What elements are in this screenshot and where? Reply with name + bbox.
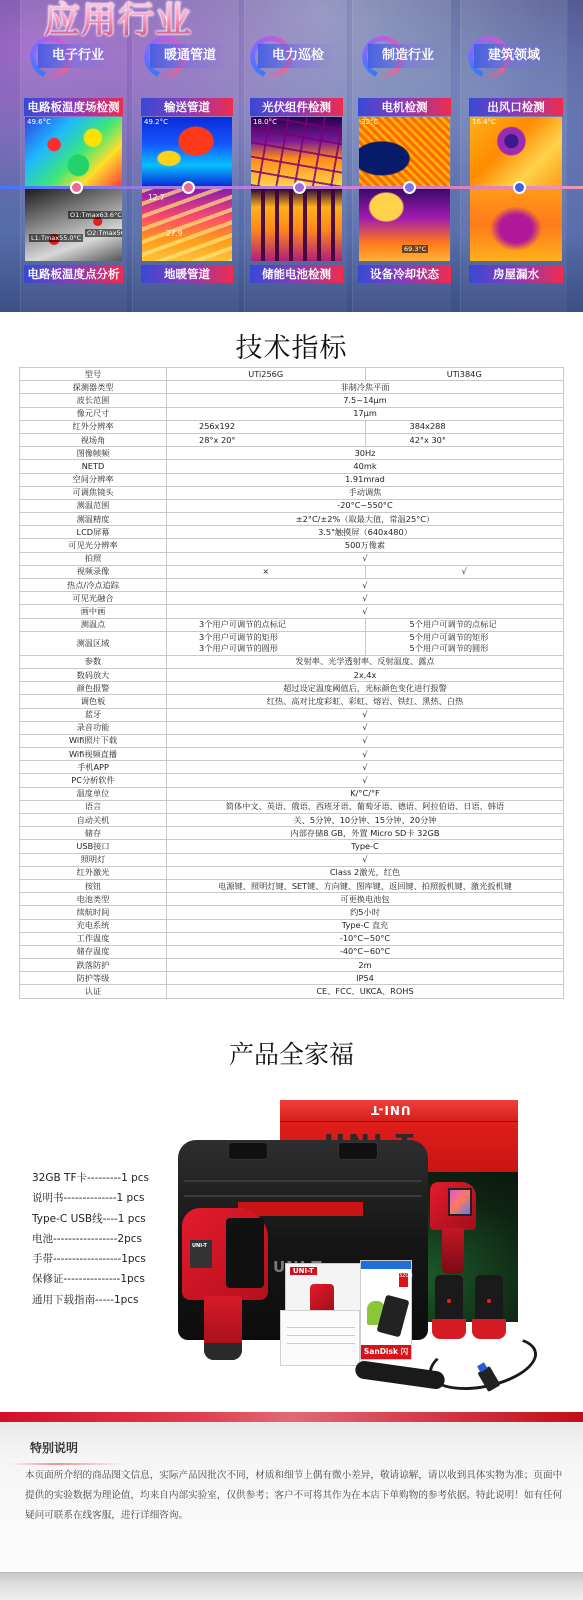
spec-label: 像元尺寸 bbox=[20, 407, 167, 420]
spec-label: 充电系统 bbox=[20, 919, 167, 932]
spec-label: 照明灯 bbox=[20, 853, 167, 866]
spec-value: 超过设定温度阈值后，光标颜色变化进行报警 bbox=[167, 682, 564, 695]
spec-value: 30Hz bbox=[167, 447, 564, 460]
special-notice: 特别说明 本页面所介绍的商品图文信息，实际产品因批次不同，材质和细节上偶有微小差… bbox=[0, 1422, 583, 1572]
spec-value: -10°C~50°C bbox=[167, 932, 564, 945]
case-title: 电机检测 bbox=[358, 98, 451, 116]
spec-label: LCD屏幕 bbox=[20, 526, 167, 539]
spec-value-model-1: 3个用户可调节的点标记 bbox=[167, 618, 366, 631]
spec-value: 发射率、光学透射率、反射温度、露点 bbox=[167, 655, 564, 668]
table-row: 测温点3个用户可调节的点标记5个用户可调节的点标记 bbox=[20, 618, 564, 631]
spec-label: 按钮 bbox=[20, 879, 167, 892]
table-row: 测温精度±2°C/±2%（取最大值，常温25°C） bbox=[20, 513, 564, 526]
box-logo: UNI-T bbox=[370, 1103, 411, 1117]
timeline-dot bbox=[293, 181, 306, 194]
case-title: 储能电池检测 bbox=[250, 265, 343, 283]
spec-value: √ bbox=[167, 552, 564, 565]
spec-label: 认证 bbox=[20, 985, 167, 998]
spec-value: 2x,4x bbox=[167, 668, 564, 681]
spec-value-model-2: √ bbox=[365, 565, 564, 578]
table-row: LCD屏幕3.5"触摸屏（640x480） bbox=[20, 526, 564, 539]
table-row: 视场角28°x 20°42°x 30° bbox=[20, 433, 564, 446]
spec-value-line: 3个用户可调节的圆形 bbox=[199, 643, 363, 654]
accessory-item: 通用下载指南-----1pcs bbox=[32, 1290, 149, 1310]
spec-label: 自动关机 bbox=[20, 814, 167, 827]
spec-value: √ bbox=[167, 853, 564, 866]
spec-label: 调色板 bbox=[20, 695, 167, 708]
spec-label: 参数 bbox=[20, 655, 167, 668]
thermal-image-circuit-points: O1:Tmax63.6°C O2:Tmax56.1 L1:Tmax55.0°C bbox=[25, 189, 122, 261]
table-row: 照明灯√ bbox=[20, 853, 564, 866]
table-row: 数码放大2x,4x bbox=[20, 668, 564, 681]
spec-value: √ bbox=[167, 605, 564, 618]
spec-label: 红外分辨率 bbox=[20, 420, 167, 433]
spec-value: CE、FCC、UKCA、ROHS bbox=[167, 985, 564, 998]
table-row: Wifi视频直播√ bbox=[20, 748, 564, 761]
spec-label: 波长范围 bbox=[20, 394, 167, 407]
spec-value-model-2: 384x288 bbox=[365, 420, 564, 433]
case-title: 房屋漏水 bbox=[469, 265, 563, 283]
case-title: 输送管道 bbox=[141, 98, 233, 116]
spec-value-model-1: 28°x 20° bbox=[167, 433, 366, 446]
spec-value-model-1: × bbox=[167, 565, 366, 578]
spec-value-line: 3个用户可调节的矩形 bbox=[199, 632, 363, 643]
spec-value: Type-C 直充 bbox=[167, 919, 564, 932]
case-title: 地暖管道 bbox=[141, 265, 233, 283]
spec-label: 储存温度 bbox=[20, 945, 167, 958]
spec-label: 颜色报警 bbox=[20, 682, 167, 695]
spec-value: √ bbox=[167, 761, 564, 774]
sd-card-package: 32GB SanDisk 闪迪 bbox=[360, 1260, 412, 1360]
accessory-item: 保修证---------------1pcs bbox=[32, 1269, 149, 1289]
spec-label: 视频录像 bbox=[20, 565, 167, 578]
table-row: 红外激光Class 2激光，红色 bbox=[20, 866, 564, 879]
table-row: 可调焦镜头手动调焦 bbox=[20, 486, 564, 499]
spec-value-line: 5个用户可调节的矩形 bbox=[410, 632, 562, 643]
spec-value-model-1: 3个用户可调节的矩形3个用户可调节的圆形 bbox=[167, 631, 366, 655]
spec-label: 防护等级 bbox=[20, 972, 167, 985]
footer-shadow bbox=[0, 1572, 583, 1600]
spec-label: 语言 bbox=[20, 800, 167, 813]
spec-label: NETD bbox=[20, 460, 167, 473]
table-row: 波长范围7.5~14μm bbox=[20, 394, 564, 407]
table-row: 录音功能√ bbox=[20, 721, 564, 734]
spec-value: √ bbox=[167, 748, 564, 761]
table-row: 工作温度-10°C~50°C bbox=[20, 932, 564, 945]
spec-label: 红外激光 bbox=[20, 866, 167, 879]
spec-label: 电池类型 bbox=[20, 893, 167, 906]
table-row: 视频录像×√ bbox=[20, 565, 564, 578]
spec-value: 7.5~14μm bbox=[167, 394, 564, 407]
spec-label: Wifi视频直播 bbox=[20, 748, 167, 761]
table-row: 蓝牙√ bbox=[20, 708, 564, 721]
spec-label: 数码放大 bbox=[20, 668, 167, 681]
spec-value: 3.5"触摸屏（640x480） bbox=[167, 526, 564, 539]
spec-label: 可见光融合 bbox=[20, 592, 167, 605]
divider-band bbox=[0, 1412, 583, 1422]
spec-value: 手动调焦 bbox=[167, 486, 564, 499]
spec-label: 测温范围 bbox=[20, 499, 167, 512]
spec-value: 电源键、照明灯键、SET键、方向键、图库键、返回键、拍照扳机键、激光扳机键 bbox=[167, 879, 564, 892]
thermal-camera-main: UNI-T bbox=[182, 1208, 270, 1360]
spec-value: √ bbox=[167, 721, 564, 734]
table-row: 参数发射率、光学透射率、反射温度、露点 bbox=[20, 655, 564, 668]
table-row: 画中画√ bbox=[20, 605, 564, 618]
timeline-dot bbox=[70, 181, 83, 194]
spec-label: 储存 bbox=[20, 827, 167, 840]
spec-value: -40°C~60°C bbox=[167, 945, 564, 958]
table-row: 手机APP√ bbox=[20, 761, 564, 774]
case-title: 设备冷却状态 bbox=[358, 265, 451, 283]
spec-label: 测温区域 bbox=[20, 631, 167, 655]
spec-value: 1.91mrad bbox=[167, 473, 564, 486]
spec-value-model-2: 5个用户可调节的矩形5个用户可调节的圆形 bbox=[365, 631, 564, 655]
thermal-camera-small bbox=[430, 1182, 476, 1274]
spec-value: 500万像素 bbox=[167, 539, 564, 552]
spec-value-model-1: 256x192 bbox=[167, 420, 366, 433]
spec-label: 温度单位 bbox=[20, 787, 167, 800]
table-row: 探测器类型非制冷焦平面 bbox=[20, 381, 564, 394]
product-detail-page: 应用行业 电子行业 电路板温度场检测 49.6°C O1:Tmax63.6°C … bbox=[0, 0, 583, 1600]
table-row: 认证CE、FCC、UKCA、ROHS bbox=[20, 985, 564, 998]
table-row: 颜色报警超过设定温度阈值后，光标颜色变化进行报警 bbox=[20, 682, 564, 695]
thermal-image-solar: 18.0°C bbox=[251, 117, 342, 186]
notice-underline bbox=[10, 1463, 125, 1465]
spec-model-1: UTi256G bbox=[167, 368, 366, 381]
table-row: 储存温度-40°C~60°C bbox=[20, 945, 564, 958]
spec-label: 拍照 bbox=[20, 552, 167, 565]
spec-label: 续航时间 bbox=[20, 906, 167, 919]
spec-value: Type-C bbox=[167, 840, 564, 853]
spec-label: 探测器类型 bbox=[20, 381, 167, 394]
thermal-image-battery bbox=[251, 189, 342, 261]
case-title: 电路板温度点分析 bbox=[24, 265, 123, 283]
table-row: 自动关机关、5分钟、10分钟、15分钟、20分钟 bbox=[20, 814, 564, 827]
accessory-item: 说明书--------------1 pcs bbox=[32, 1188, 149, 1208]
thermal-image-leak bbox=[470, 189, 562, 261]
accessory-item: 32GB TF卡---------1 pcs bbox=[32, 1168, 149, 1188]
spec-value: IP54 bbox=[167, 972, 564, 985]
spec-value: 40mk bbox=[167, 460, 564, 473]
table-row: PC分析软件√ bbox=[20, 774, 564, 787]
spec-label: 蓝牙 bbox=[20, 708, 167, 721]
table-row: 像元尺寸17μm bbox=[20, 407, 564, 420]
thermal-image-motor: 32°C bbox=[359, 117, 450, 186]
table-row: 温度单位K/°C/°F bbox=[20, 787, 564, 800]
spec-value: K/°C/°F bbox=[167, 787, 564, 800]
battery-pack bbox=[432, 1275, 466, 1339]
table-row: 可见光融合√ bbox=[20, 592, 564, 605]
table-row: 测温范围-20°C~550°C bbox=[20, 499, 564, 512]
industry-label: 制造行业 bbox=[368, 44, 444, 68]
spec-value: 可更换电池包 bbox=[167, 893, 564, 906]
spec-label: 手机APP bbox=[20, 761, 167, 774]
thermal-image-circuit-board: 49.6°C bbox=[25, 117, 122, 186]
table-row: 电池类型可更换电池包 bbox=[20, 893, 564, 906]
thermal-image-floor-heating: 12.7 27.9 bbox=[142, 189, 232, 261]
spec-value: 关、5分钟、10分钟、15分钟、20分钟 bbox=[167, 814, 564, 827]
spec-value: ±2°C/±2%（取最大值，常温25°C） bbox=[167, 513, 564, 526]
spec-value: 红热、高对比度彩虹、彩虹、熔岩、铁红、黑热、白热 bbox=[167, 695, 564, 708]
spec-value: √ bbox=[167, 708, 564, 721]
spec-label: 可调焦镜头 bbox=[20, 486, 167, 499]
table-row: Wifi照片下载√ bbox=[20, 734, 564, 747]
table-row: 红外分辨率256x192384x288 bbox=[20, 420, 564, 433]
case-title: 电路板温度场检测 bbox=[24, 98, 123, 116]
spec-model-2: UTi384G bbox=[365, 368, 564, 381]
spec-section-title: 技术指标 bbox=[0, 326, 583, 365]
thermal-image-cooling: 69.3°C bbox=[359, 189, 450, 261]
spec-label: USB接口 bbox=[20, 840, 167, 853]
table-row: 热点/冷点追踪√ bbox=[20, 579, 564, 592]
spec-value-model-2: 42°x 30° bbox=[365, 433, 564, 446]
spec-value: 内部存储8 GB，外置 Micro SD卡 32GB bbox=[167, 827, 564, 840]
timeline-dot bbox=[403, 181, 416, 194]
spec-value: √ bbox=[167, 734, 564, 747]
accessory-list: 32GB TF卡---------1 pcs 说明书--------------… bbox=[32, 1168, 149, 1310]
spec-label: 画中画 bbox=[20, 605, 167, 618]
spec-label: 工作温度 bbox=[20, 932, 167, 945]
spec-value: √ bbox=[167, 579, 564, 592]
spec-value: 约5小时 bbox=[167, 906, 564, 919]
table-row: 跌落防护2m bbox=[20, 959, 564, 972]
table-row: 语言简体中文、英语、俄语、西班牙语、葡萄牙语、德语、阿拉伯语、日语、韩语 bbox=[20, 800, 564, 813]
spec-label: Wifi照片下载 bbox=[20, 734, 167, 747]
thermal-image-vent: 16.4°C bbox=[470, 117, 562, 186]
table-row: 按钮电源键、照明灯键、SET键、方向键、图库键、返回键、拍照扳机键、激光扳机键 bbox=[20, 879, 564, 892]
spec-label: 热点/冷点追踪 bbox=[20, 579, 167, 592]
spec-label: 测温精度 bbox=[20, 513, 167, 526]
spec-value: √ bbox=[167, 592, 564, 605]
spec-label: 型号 bbox=[20, 368, 167, 381]
spec-value-line: 5个用户可调节的圆形 bbox=[410, 643, 562, 654]
spec-label: 空间分辨率 bbox=[20, 473, 167, 486]
spec-value: -20°C~550°C bbox=[167, 499, 564, 512]
table-row: 调色板红热、高对比度彩虹、彩虹、熔岩、铁红、黑热、白热 bbox=[20, 695, 564, 708]
table-row: 防护等级IP54 bbox=[20, 972, 564, 985]
spec-label: 录音功能 bbox=[20, 721, 167, 734]
spec-value: 简体中文、英语、俄语、西班牙语、葡萄牙语、德语、阿拉伯语、日语、韩语 bbox=[167, 800, 564, 813]
table-row: 续航时间约5小时 bbox=[20, 906, 564, 919]
notice-body: 本页面所介绍的商品图文信息，实际产品因批次不同，材质和细节上偶有微小差异，敬请谅… bbox=[25, 1466, 565, 1526]
notice-title: 特别说明 bbox=[30, 1439, 78, 1456]
spec-value: 2m bbox=[167, 959, 564, 972]
industry-label: 建筑领域 bbox=[474, 44, 550, 68]
timeline-line bbox=[0, 186, 583, 189]
case-title: 出风口检测 bbox=[469, 98, 563, 116]
warranty-card bbox=[280, 1310, 360, 1366]
case-title: 光伏组件检测 bbox=[250, 98, 343, 116]
table-row: 充电系统Type-C 直充 bbox=[20, 919, 564, 932]
accessory-item: Type-C USB线----1 pcs bbox=[32, 1209, 149, 1229]
industry-label: 电子行业 bbox=[38, 44, 114, 68]
spec-value: 17μm bbox=[167, 407, 564, 420]
spec-value: Class 2激光，红色 bbox=[167, 866, 564, 879]
table-row: USB接口Type-C bbox=[20, 840, 564, 853]
spec-value-model-2: 5个用户可调节的点标记 bbox=[365, 618, 564, 631]
table-row: 可见光分辨率500万像素 bbox=[20, 539, 564, 552]
table-row: 测温区域3个用户可调节的矩形3个用户可调节的圆形5个用户可调节的矩形5个用户可调… bbox=[20, 631, 564, 655]
spec-label: 跌落防护 bbox=[20, 959, 167, 972]
timeline-dot bbox=[513, 181, 526, 194]
table-row: NETD40mk bbox=[20, 460, 564, 473]
spec-value: √ bbox=[167, 774, 564, 787]
table-row: 储存内部存储8 GB，外置 Micro SD卡 32GB bbox=[20, 827, 564, 840]
industry-label: 电力巡检 bbox=[258, 44, 334, 68]
spec-value: 非制冷焦平面 bbox=[167, 381, 564, 394]
battery-pack bbox=[472, 1275, 506, 1339]
table-row: 空间分辨率1.91mrad bbox=[20, 473, 564, 486]
spec-label: PC分析软件 bbox=[20, 774, 167, 787]
family-section-title: 产品全家福 bbox=[0, 1035, 583, 1071]
accessory-item: 电池-----------------2pcs bbox=[32, 1229, 149, 1249]
table-row: 型号 UTi256G UTi384G bbox=[20, 368, 564, 381]
industry-label: 暖通管道 bbox=[150, 44, 226, 68]
accessory-item: 手带------------------1pcs bbox=[32, 1249, 149, 1269]
spec-table: 型号 UTi256G UTi384G 探测器类型非制冷焦平面波长范围7.5~14… bbox=[19, 367, 564, 999]
thermal-image-pipeline: 49.2°C bbox=[142, 117, 232, 186]
spec-label: 图像帧频 bbox=[20, 447, 167, 460]
timeline-dot bbox=[182, 181, 195, 194]
product-family-photo: UNI-T UNI-T UNI-T UNI-T bbox=[160, 1100, 545, 1400]
table-row: 拍照√ bbox=[20, 552, 564, 565]
table-row: 图像帧频30Hz bbox=[20, 447, 564, 460]
spec-label: 可见光分辨率 bbox=[20, 539, 167, 552]
spec-label: 视场角 bbox=[20, 433, 167, 446]
spec-label: 测温点 bbox=[20, 618, 167, 631]
applications-section: 应用行业 电子行业 电路板温度场检测 49.6°C O1:Tmax63.6°C … bbox=[0, 0, 583, 312]
